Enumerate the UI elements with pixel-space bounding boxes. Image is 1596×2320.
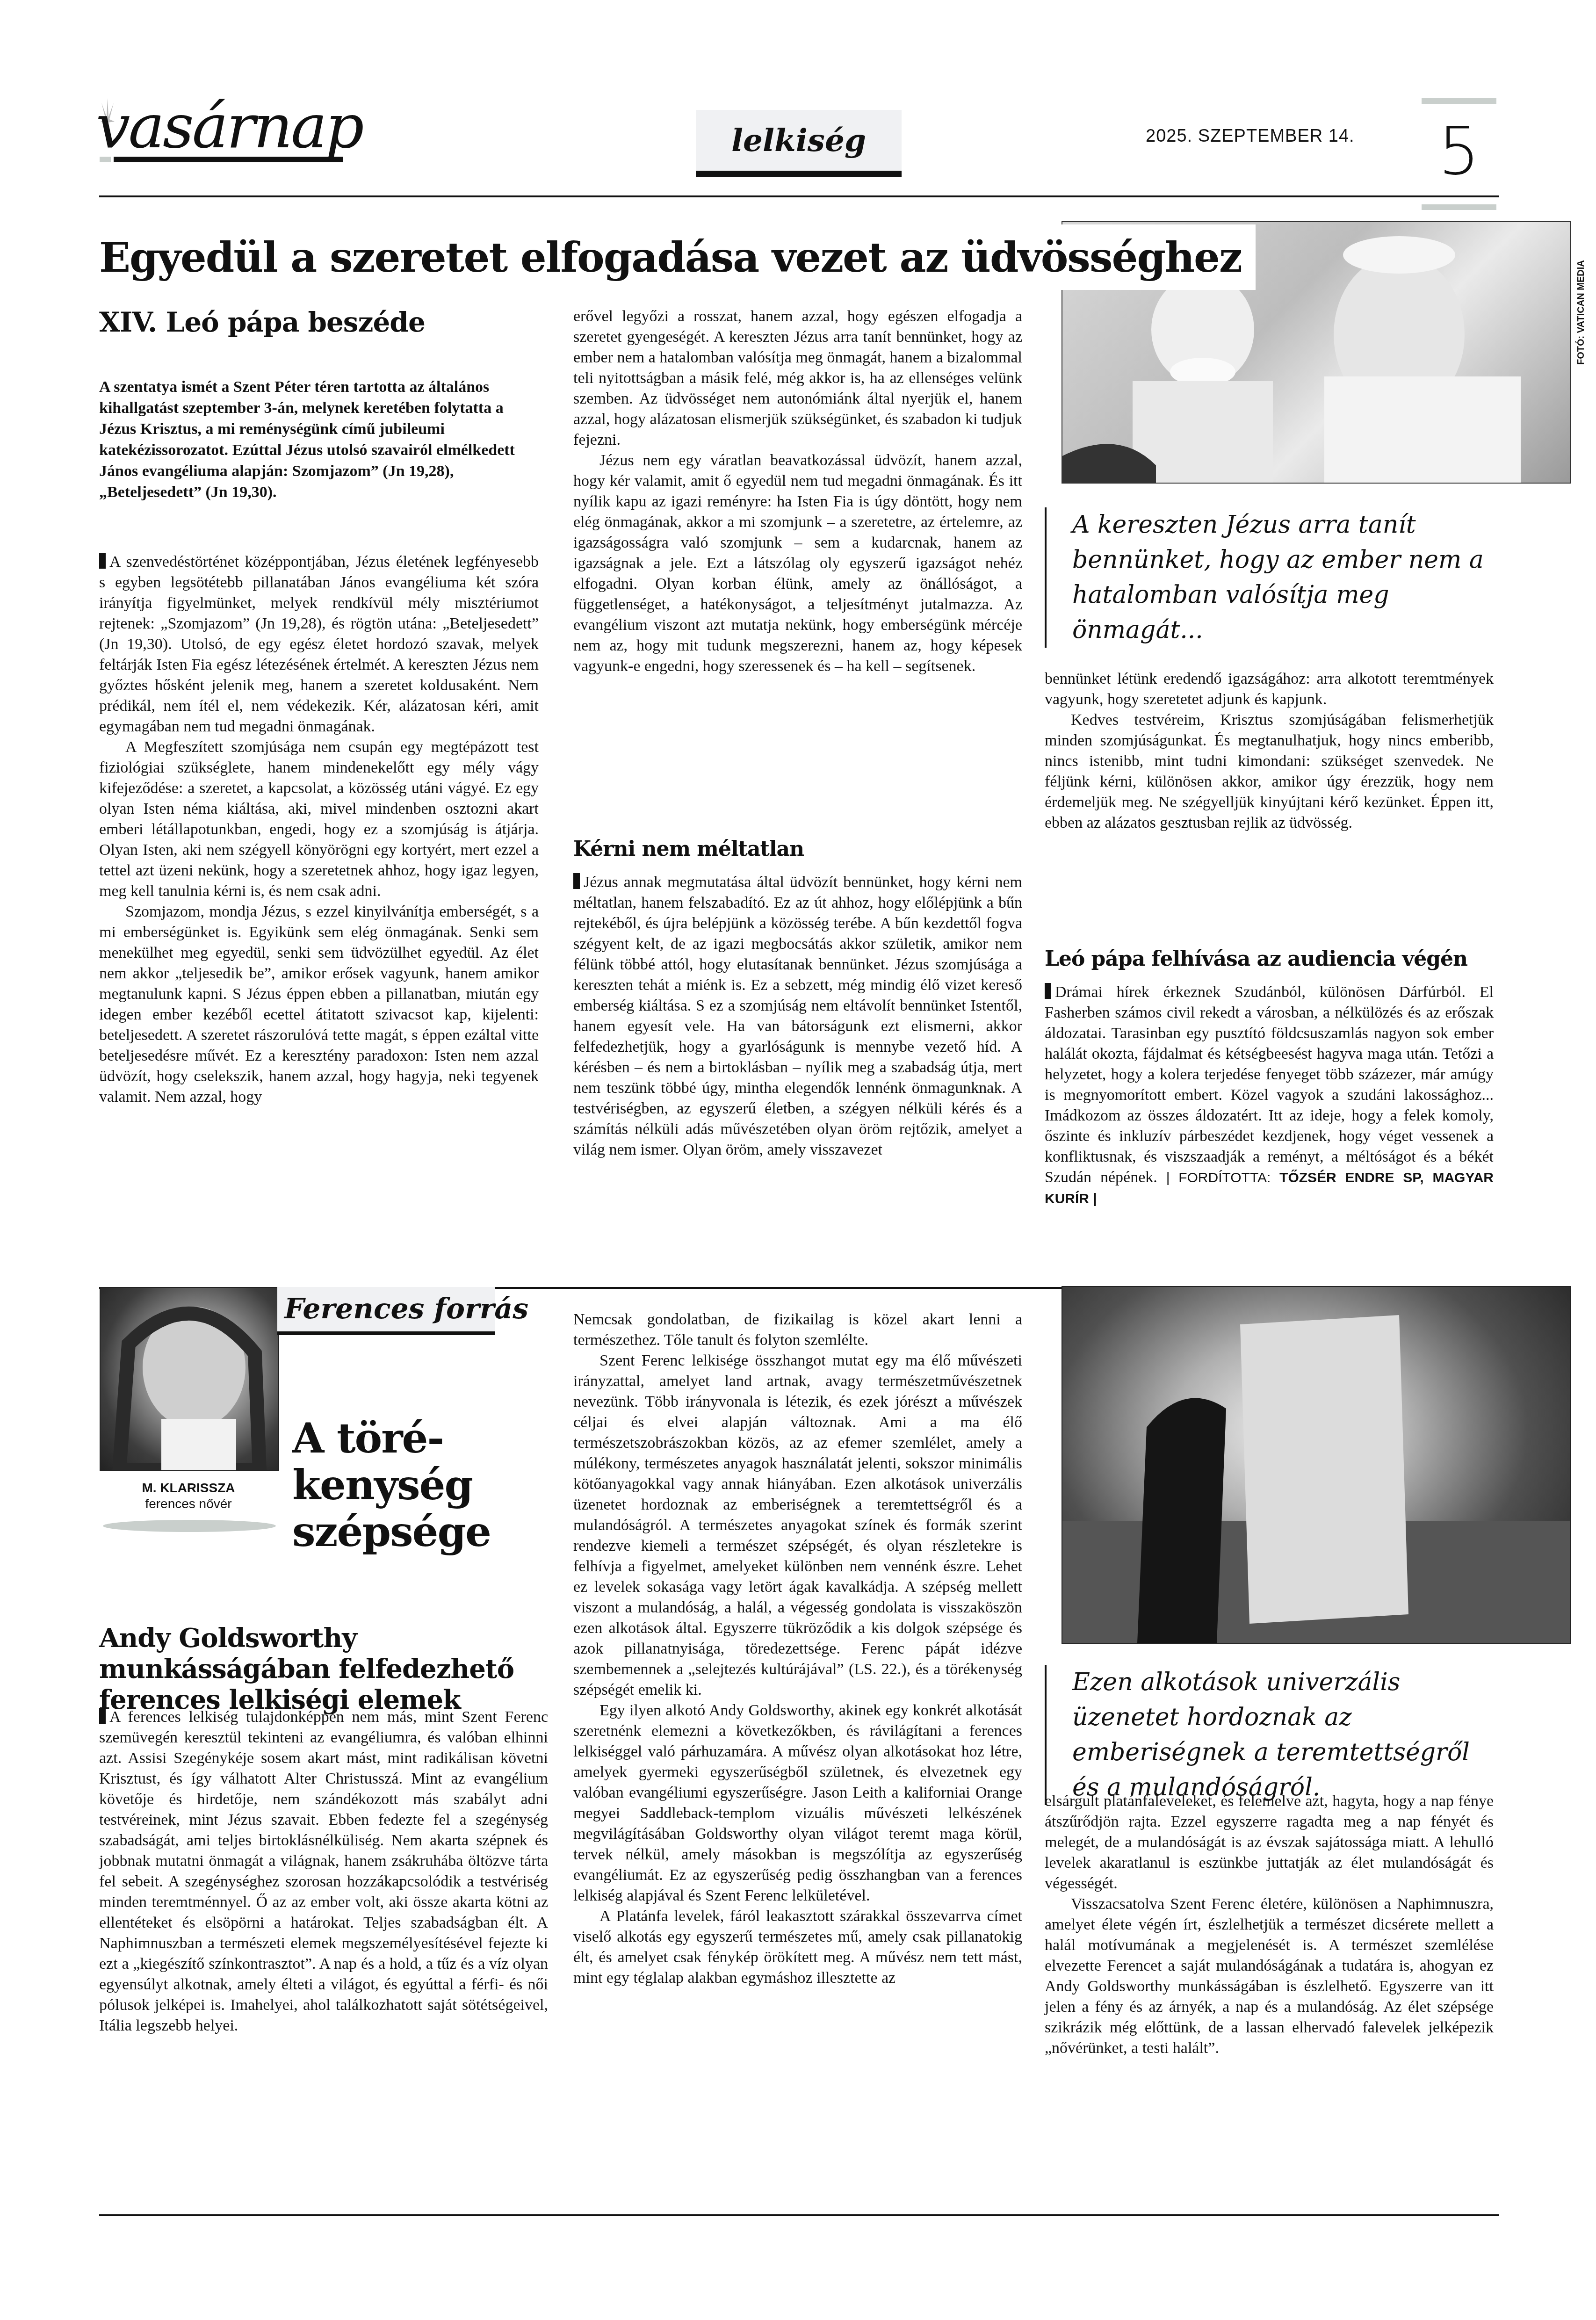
main-headline: Egyedül a szeretet elfogadása vezet az ü… — [99, 224, 1256, 290]
article2-column-3: elsárgult platánfaleveleket, és felemelv… — [1045, 1791, 1494, 2059]
page-number-bar-bottom — [1422, 204, 1496, 210]
byline-shadow — [103, 1520, 276, 1532]
section-tag: lelkiség — [696, 110, 902, 177]
issue-date: 2025. SZEPTEMBER 14. — [1146, 126, 1355, 146]
paragraph-marker — [1045, 983, 1051, 999]
article-lead: A szentatya ismét a Szent Péter téren ta… — [99, 376, 539, 503]
article2-column-2: Nemcsak gondolatban, de fizikailag is kö… — [573, 1309, 1022, 1988]
article2-column-1: A ferences lelkiség tulajdonképpen nem m… — [99, 1707, 548, 2036]
paragraph-marker — [99, 553, 106, 569]
photo-credit: FOTÓ: VATICAN MEDIA — [1576, 260, 1587, 365]
article-section-audiencia: Drámai hírek érkeznek Szudánból, különös… — [1045, 982, 1494, 1209]
header-rule — [99, 195, 1499, 197]
pull-quote-main: A kereszten Jézus arra tanít bennünket, … — [1045, 507, 1484, 648]
section-label: lelkiség — [731, 122, 866, 159]
leaf-artwork-photo — [1062, 1286, 1571, 1644]
section-heading-kerni: Kérni nem méltatlan — [573, 837, 804, 861]
logo-underline — [114, 157, 343, 162]
article-column-3: bennünket létünk eredendő igazságához: a… — [1045, 669, 1494, 833]
article2-subhead: Andy Goldsworthy munkásságában felfedezh… — [99, 1623, 548, 1715]
article-section-kerni: Jézus annak megmutatása által üdvözít be… — [573, 872, 1022, 1160]
column-tag: Ferences forrás — [277, 1287, 495, 1335]
paragraph-marker — [573, 873, 580, 889]
footer-rule — [99, 2214, 1499, 2216]
logo-underline-accent — [100, 157, 111, 162]
column-title: A töré- kenység szépsége — [292, 1415, 491, 1555]
section-heading-audiencia: Leó pápa felhívása az audiencia végén — [1045, 947, 1467, 971]
page-number-bar-top — [1422, 98, 1496, 104]
author-photo — [100, 1287, 279, 1471]
page-number: 5 — [1431, 105, 1487, 199]
article-column-1: A szenvedéstörténet középpontjában, Jézu… — [99, 552, 539, 1107]
pull-quote-article2: Ezen alkotások univerzális üzenetet hord… — [1045, 1665, 1484, 1805]
article-subhead: XIV. Leó pápa beszéde — [99, 306, 425, 338]
newspaper-logo: vasárnap — [96, 96, 362, 157]
article-column-2: erővel legyőzi a rosszat, hanem azzal, h… — [573, 306, 1022, 677]
column-name: Ferences forrás — [277, 1293, 528, 1325]
paragraph-marker — [99, 1708, 106, 1724]
author-byline: M. KLARISSZA ferences nővér — [100, 1480, 277, 1512]
